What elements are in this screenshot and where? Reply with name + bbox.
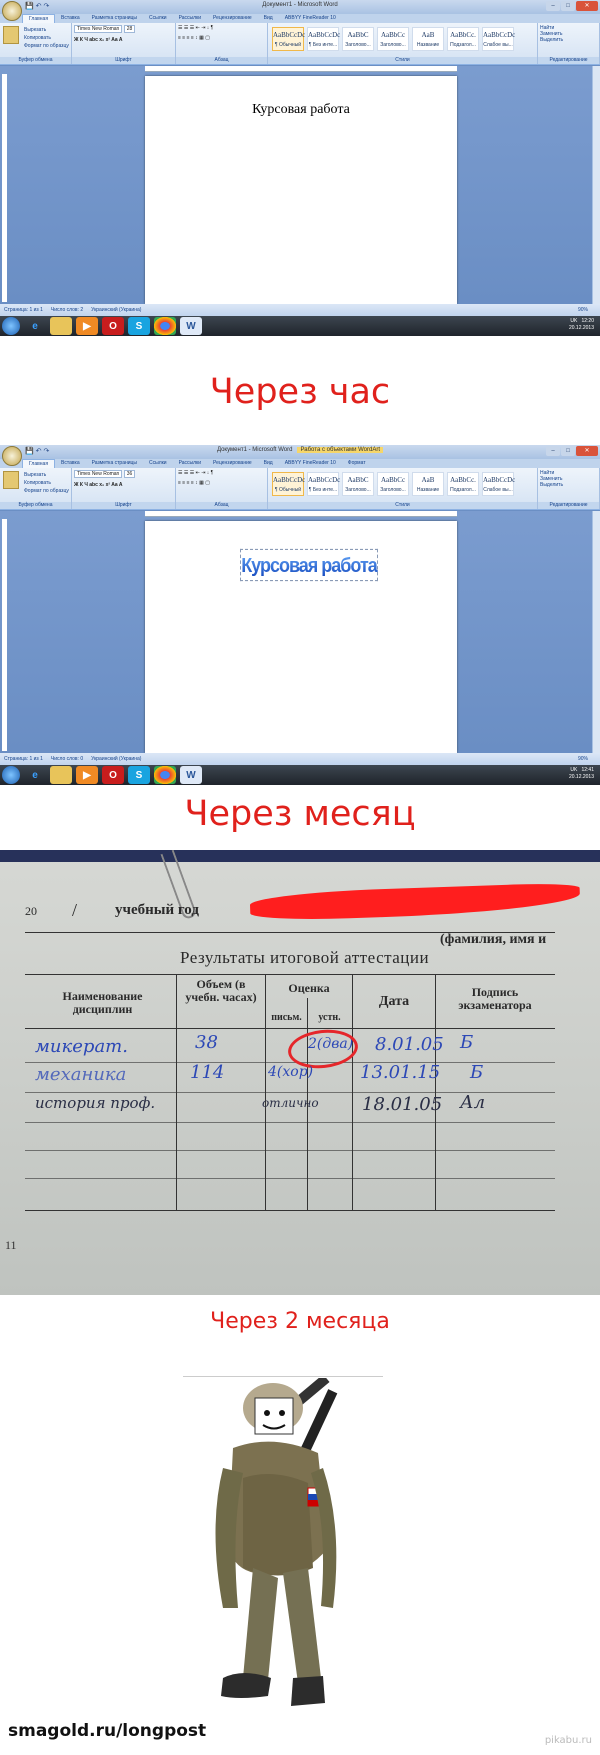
ribbon: Вырезать Копировать Формат по образцу Бу… <box>0 468 600 510</box>
word-icon[interactable]: W <box>180 317 202 335</box>
group-label: Редактирование <box>538 502 599 509</box>
close-button[interactable]: ✕ <box>576 1 598 11</box>
style-heading-2[interactable]: AaBbCcЗаголово... <box>377 27 409 51</box>
word-window-1: 💾 ↶ ↷ Документ1 - Microsoft Word – □ ✕ Г… <box>0 0 600 336</box>
select-button[interactable]: Выделить <box>540 37 597 43</box>
cut-button[interactable]: Вырезать <box>24 471 69 479</box>
opera-icon[interactable]: O <box>102 317 124 335</box>
soldier-meme-image <box>183 1378 383 1718</box>
style-title[interactable]: AaBНазвание <box>412 27 444 51</box>
vertical-ruler[interactable] <box>2 519 7 751</box>
page-count[interactable]: Страница: 1 из 1 <box>4 753 43 765</box>
style-subtitle[interactable]: AaBbCc.Подзагол... <box>447 27 479 51</box>
style-heading-2[interactable]: AaBbCcЗаголово... <box>377 472 409 496</box>
header-written: письм. <box>266 1011 307 1024</box>
row2-written: 4(хор) <box>268 1064 313 1080</box>
status-bar: Страница: 1 из 1 Число слов: 2 Украински… <box>0 304 600 316</box>
start-button[interactable] <box>2 317 20 335</box>
group-label: Буфер обмена <box>0 502 71 509</box>
chrome-icon[interactable] <box>154 766 176 784</box>
group-label: Абзац <box>176 502 267 509</box>
tab-review[interactable]: Рецензирование <box>207 14 258 23</box>
clock-date[interactable]: 20.12.2013 <box>569 325 594 331</box>
taskbar: e ▶ O S W UK 12:41 20.12.2013 <box>0 765 600 785</box>
header-grade: Оценка <box>268 982 350 995</box>
tab-review[interactable]: Рецензирование <box>207 459 258 468</box>
system-tray: UK 12:41 20.12.2013 <box>569 767 594 781</box>
skype-icon[interactable]: S <box>128 766 150 784</box>
language-indicator[interactable]: UK <box>570 767 577 773</box>
clock-date[interactable]: 20.12.2013 <box>569 774 594 780</box>
ribbon: Вырезать Копировать Формат по образцу Бу… <box>0 23 600 65</box>
tab-view[interactable]: Вид <box>258 14 279 23</box>
explorer-icon[interactable] <box>50 317 72 335</box>
taskbar: e ▶ O S W UK 12:20 20.12.2013 <box>0 316 600 336</box>
system-tray: UK 12:20 20.12.2013 <box>569 318 594 332</box>
styles-group: AaBbCcDc¶ Обычный AaBbCcDc¶ Без инте... … <box>268 468 538 509</box>
cut-button[interactable]: Вырезать <box>24 26 69 34</box>
explorer-icon[interactable] <box>50 766 72 784</box>
zoom-level[interactable]: 90% <box>578 304 588 316</box>
list-buttons[interactable]: ☰ ☰ ☰ ⇤ ⇥ ↓ ¶ <box>178 25 265 31</box>
group-label: Стили <box>268 57 537 64</box>
header-date: Дата <box>355 995 433 1008</box>
name-hint: (фамилия, имя и <box>440 932 546 948</box>
row3-date: 18.01.05 <box>362 1094 442 1115</box>
page-count[interactable]: Страница: 1 из 1 <box>4 304 43 316</box>
start-button[interactable] <box>2 766 20 784</box>
language-indicator[interactable]: UK <box>570 318 577 324</box>
font-format-buttons[interactable]: Ж К Ч abc x₂ x² Aa A <box>74 37 173 43</box>
horizontal-ruler[interactable] <box>145 66 457 72</box>
paragraph-group: ☰ ☰ ☰ ⇤ ⇥ ↓ ¶ ≡ ≡ ≡ ≡ ↕ ▦ ▢ Абзац <box>176 23 268 64</box>
font-size-select[interactable]: 36 <box>124 470 136 478</box>
group-label: Редактирование <box>538 57 599 64</box>
language[interactable]: Украинский (Украина) <box>91 304 141 316</box>
close-button[interactable]: ✕ <box>576 446 598 456</box>
zoom-level[interactable]: 90% <box>578 753 588 765</box>
media-player-icon[interactable]: ▶ <box>76 766 98 784</box>
row2-signature: Б <box>470 1062 483 1083</box>
skype-icon[interactable]: S <box>128 317 150 335</box>
clipboard-group: Вырезать Копировать Формат по образцу Бу… <box>0 468 72 509</box>
word-count[interactable]: Число слов: 2 <box>51 304 83 316</box>
wordart-text[interactable]: Курсовая работа <box>240 549 378 581</box>
ribbon-tabs: Главная Вставка Разметка страницы Ссылки… <box>0 459 600 468</box>
tab-mailings[interactable]: Рассылки <box>173 459 207 468</box>
document-page[interactable]: Курсовая работа <box>145 76 457 304</box>
group-label: Абзац <box>176 57 267 64</box>
row3-signature: Ал <box>460 1092 485 1113</box>
row3-discipline: история проф. <box>35 1094 155 1112</box>
image-divider <box>183 1376 383 1377</box>
year-prefix: 20 <box>25 904 37 919</box>
tab-page-layout[interactable]: Разметка страницы <box>86 459 143 468</box>
style-title[interactable]: AaBНазвание <box>412 472 444 496</box>
tab-abbyy[interactable]: ABBYY FineReader 10 <box>279 459 342 468</box>
office-button[interactable] <box>2 446 22 466</box>
document-area: Курсовая работа <box>0 66 600 304</box>
ribbon-tabs: Главная Вставка Разметка страницы Ссылки… <box>0 14 600 23</box>
document-text[interactable]: Курсовая работа <box>145 102 457 118</box>
office-button[interactable] <box>2 1 22 21</box>
style-no-spacing[interactable]: AaBbCcDc¶ Без инте... <box>307 27 339 51</box>
font-group: Times New Roman 36 Ж К Ч abc x₂ x² Aa A … <box>72 468 176 509</box>
row2-hours: 114 <box>190 1062 224 1083</box>
tab-format[interactable]: Формат <box>342 459 372 468</box>
year-slash: / <box>72 900 77 921</box>
clock-time[interactable]: 12:41 <box>581 767 594 773</box>
row3-written: отлично <box>262 1096 319 1110</box>
tab-home[interactable]: Главная <box>22 14 55 23</box>
tab-insert[interactable]: Вставка <box>55 14 86 23</box>
clipboard-group: Вырезать Копировать Формат по образцу Бу… <box>0 23 72 64</box>
row2-date: 13.01.15 <box>360 1062 440 1083</box>
list-buttons[interactable]: ☰ ☰ ☰ ⇤ ⇥ ↓ ¶ <box>178 470 265 476</box>
paste-icon[interactable] <box>3 471 19 489</box>
minimize-button[interactable]: – <box>546 1 560 11</box>
vertical-ruler[interactable] <box>2 74 7 302</box>
styles-group: AaBbCcDc¶ Обычный AaBbCcDc¶ Без инте... … <box>268 23 538 64</box>
opera-icon[interactable]: O <box>102 766 124 784</box>
clock-time[interactable]: 12:20 <box>581 318 594 324</box>
year-label: учебный год <box>115 902 199 919</box>
group-label: Буфер обмена <box>0 57 71 64</box>
header-hours: Объем (в учебн. часах) <box>180 978 262 1004</box>
style-subtle-emphasis[interactable]: AaBbCcDcСлабое вы... <box>482 472 514 496</box>
copy-button[interactable]: Копировать <box>24 479 69 487</box>
tab-mailings[interactable]: Рассылки <box>173 14 207 23</box>
tab-references[interactable]: Ссылки <box>143 14 173 23</box>
context-tab-title: Работа с объектами WordArt <box>297 447 383 453</box>
window-title: Документ1 - Microsoft Word <box>0 2 600 8</box>
title-bar: 💾 ↶ ↷ Документ1 - Microsoft Word – □ ✕ <box>0 0 600 14</box>
source-signature[interactable]: smagold.ru/longpost <box>8 1721 206 1741</box>
pikabu-watermark: pikabu.ru <box>545 1735 592 1746</box>
ie-icon[interactable]: e <box>24 317 46 335</box>
page-number: 11 <box>5 1238 17 1253</box>
copy-button[interactable]: Копировать <box>24 34 69 42</box>
font-name-select[interactable]: Times New Roman <box>74 25 122 33</box>
style-heading-1[interactable]: AaBbCЗаголово... <box>342 472 374 496</box>
editing-group: Найти Заменить Выделить Редактирование <box>538 23 600 64</box>
vertical-scrollbar[interactable] <box>592 511 600 753</box>
document-page[interactable]: Курсовая работа <box>145 521 457 753</box>
window-title: Документ1 - Microsoft Word Работа с объе… <box>0 447 600 453</box>
align-buttons[interactable]: ≡ ≡ ≡ ≡ ↕ ▦ ▢ <box>178 35 265 41</box>
row1-hours: 38 <box>195 1032 218 1053</box>
redaction-mark <box>250 882 581 921</box>
header-signature: Подпись экзаменатора <box>440 986 550 1012</box>
style-subtitle[interactable]: AaBbCc.Подзагол... <box>447 472 479 496</box>
paragraph-group: ☰ ☰ ☰ ⇤ ⇥ ↓ ¶ ≡ ≡ ≡ ≡ ↕ ▦ ▢ Абзац <box>176 468 268 509</box>
header-oral: устн. <box>308 1011 351 1024</box>
horizontal-ruler[interactable] <box>145 511 457 517</box>
minimize-button[interactable]: – <box>546 446 560 456</box>
style-no-spacing[interactable]: AaBbCcDc¶ Без инте... <box>307 472 339 496</box>
title-bar: 💾 ↶ ↷ Документ1 - Microsoft Word Работа … <box>0 445 600 459</box>
style-subtle-emphasis[interactable]: AaBbCcDcСлабое вы... <box>482 27 514 51</box>
format-painter-button[interactable]: Формат по образцу <box>24 42 69 50</box>
media-player-icon[interactable]: ▶ <box>76 317 98 335</box>
language[interactable]: Украинский (Украина) <box>91 753 141 765</box>
tab-abbyy[interactable]: ABBYY FineReader 10 <box>279 14 342 23</box>
font-group: Times New Roman 28 Ж К Ч abc x₂ x² Aa A … <box>72 23 176 64</box>
tab-page-layout[interactable]: Разметка страницы <box>86 14 143 23</box>
group-label: Шрифт <box>72 502 175 509</box>
tab-view[interactable]: Вид <box>258 459 279 468</box>
word-icon[interactable]: W <box>180 766 202 784</box>
section-title: Результаты итоговой аттестации <box>180 948 429 968</box>
tab-insert[interactable]: Вставка <box>55 459 86 468</box>
select-button[interactable]: Выделить <box>540 482 597 488</box>
caption-after-two-months: Через 2 месяца <box>0 1309 600 1334</box>
align-buttons[interactable]: ≡ ≡ ≡ ≡ ↕ ▦ ▢ <box>178 480 265 486</box>
format-painter-button[interactable]: Формат по образцу <box>24 487 69 495</box>
record-book-photo: 20 / учебный год (фамилия, имя и Результ… <box>0 850 600 1295</box>
ie-icon[interactable]: e <box>24 766 46 784</box>
font-format-buttons[interactable]: Ж К Ч abc x₂ x² Aa A <box>74 482 173 488</box>
document-area: Курсовая работа <box>0 511 600 753</box>
row1-signature: Б <box>460 1032 473 1053</box>
row1-date: 8.01.05 <box>375 1034 444 1055</box>
maximize-button[interactable]: □ <box>561 446 575 456</box>
word-window-2: 💾 ↶ ↷ Документ1 - Microsoft Word Работа … <box>0 445 600 785</box>
group-label: Шрифт <box>72 57 175 64</box>
status-bar: Страница: 1 из 1 Число слов: 0 Украински… <box>0 753 600 765</box>
word-count[interactable]: Число слов: 0 <box>51 753 83 765</box>
row2-discipline: механика <box>35 1064 126 1085</box>
maximize-button[interactable]: □ <box>561 1 575 11</box>
style-normal[interactable]: AaBbCcDc¶ Обычный <box>272 27 304 51</box>
book-binding <box>0 850 600 862</box>
style-normal[interactable]: AaBbCcDc¶ Обычный <box>272 472 304 496</box>
tab-home[interactable]: Главная <box>22 459 55 468</box>
tab-references[interactable]: Ссылки <box>143 459 173 468</box>
font-size-select[interactable]: 28 <box>124 25 136 33</box>
vertical-scrollbar[interactable] <box>592 66 600 304</box>
editing-group: Найти Заменить Выделить Редактирование <box>538 468 600 509</box>
caption-after-hour: Через час <box>0 372 600 412</box>
font-name-select[interactable]: Times New Roman <box>74 470 122 478</box>
caption-after-month: Через месяц <box>0 794 600 834</box>
chrome-icon[interactable] <box>154 317 176 335</box>
row1-discipline: микерат. <box>35 1036 128 1057</box>
style-heading-1[interactable]: AaBbCЗаголово... <box>342 27 374 51</box>
paste-icon[interactable] <box>3 26 19 44</box>
header-discipline: Наименование дисциплин <box>35 990 170 1016</box>
group-label: Стили <box>268 502 537 509</box>
